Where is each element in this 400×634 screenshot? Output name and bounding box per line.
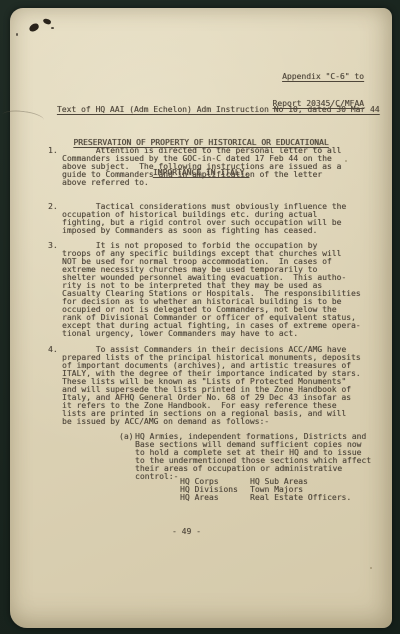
ink-blot [42,18,51,25]
sub-item-a: (a) HQ Armies, independent formations, D… [119,433,385,481]
paragraph-1: 1. Attention is directed to the personal… [48,147,374,187]
ink-speck [16,33,18,36]
table-row: HQ Areas Real Estate Officers. [180,494,351,502]
paragraph-number: 3. [48,242,62,338]
ink-speck [51,27,54,29]
sub-item-label: (a) [119,433,135,481]
paragraph-text: Attention is directed to the personal le… [62,147,374,187]
appendix-line-1: Appendix "C-6" to [282,72,364,81]
paragraph-2: 2. Tactical considerations must obviousl… [48,203,374,235]
paragraph-text: It is not proposed to forbid the occupat… [62,242,374,338]
photo-background: Appendix "C-6" to Report 20345/C/MFAA Te… [0,0,400,634]
paragraph-number: 1. [48,147,62,187]
document-page: Appendix "C-6" to Report 20345/C/MFAA Te… [10,8,392,628]
paragraph-4: 4. To assist Commanders in their decisio… [48,346,374,426]
paragraph-number: 2. [48,203,62,235]
paragraph-text: Tactical considerations must obviously i… [62,203,374,235]
page-number: - 49 - [172,528,201,536]
ink-blot [28,22,40,32]
sub-item-text: HQ Armies, independent formations, Distr… [135,433,385,481]
distribution-table: HQ Corps HQ Sub Areas HQ Divisions Town … [180,478,351,502]
paper-speck [370,567,372,569]
paragraph-number: 4. [48,346,62,426]
paragraph-3: 3. It is not proposed to forbid the occu… [48,242,374,338]
paragraph-text: To assist Commanders in their decisions … [62,346,374,426]
table-cell: HQ Areas [180,494,250,502]
table-cell: Real Estate Officers. [250,494,351,502]
